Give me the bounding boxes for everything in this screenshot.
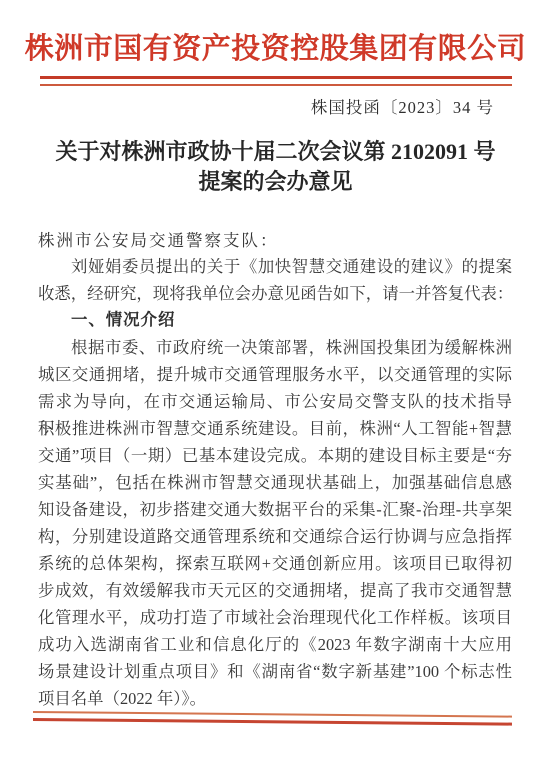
body-line: 化管理水平，成功打造了市域社会治理现代化工作样板。该项目 <box>38 604 512 631</box>
document-title: 关于对株洲市政协十届二次会议第 2102091 号 提案的会办意见 <box>0 137 551 196</box>
footer-rule-thick <box>33 718 512 725</box>
body-line: 收悉，经研究，现将我单位会办意见函告如下，请一并答复代表： <box>38 280 512 307</box>
body-line: 构，分别建设道路交通管理系统和交通综合运行协调与应急指挥 <box>38 523 512 550</box>
body-line: 实基础”，包括在株洲市智慧交通现状基础上，加强基础信息感 <box>38 469 512 496</box>
section-heading: 一、情况介绍 <box>38 307 512 334</box>
body-line: 成功入选湖南省工业和信息化厅的《2023 年数字湖南十大应用 <box>38 631 512 658</box>
body-line: 需求为导向，在市交通运输局、市公安局交警支队的技术指导下， <box>38 388 512 415</box>
document-page: 株洲市国有资产投资控股集团有限公司 株国投函〔2023〕34 号 关于对株洲市政… <box>0 0 551 782</box>
body-line: 交通”项目（一期）已基本建设完成。本期的建设目标主要是“夯 <box>38 442 512 469</box>
document-body: 刘娅娟委员提出的关于《加快智慧交通建设的建议》的提案收悉，经研究，现将我单位会办… <box>38 253 512 712</box>
document-title-line-2: 提案的会办意见 <box>198 169 352 194</box>
body-line: 场景建设计划重点项目》和《湖南省“数字新基建”100 个标志性 <box>38 658 512 685</box>
body-line: 知设备建设，初步搭建交通大数据平台的采集-汇聚-治理-共享架 <box>38 496 512 523</box>
body-line: 项目名单（2022 年）》。 <box>38 685 512 712</box>
header-rule-thick <box>40 76 512 79</box>
body-line: 城区交通拥堵，提升城市交通管理服务水平，以交通管理的实际 <box>38 361 512 388</box>
body-line: 系统的总体架构，探索互联网+交通创新应用。该项目已取得初 <box>38 550 512 577</box>
body-line: 积极推进株洲市智慧交通系统建设。目前，株洲“人工智能+智慧 <box>38 415 512 442</box>
body-line: 根据市委、市政府统一决策部署，株洲国投集团为缓解株洲 <box>38 334 512 361</box>
org-name: 株洲市国有资产投资控股集团有限公司 <box>0 26 551 67</box>
salutation: 株洲市公安局交通警察支队： <box>38 227 279 251</box>
document-title-line-1: 关于对株洲市政协十届二次会议第 2102091 号 <box>55 139 495 164</box>
header-rule-thin <box>40 84 512 86</box>
body-line: 刘娅娟委员提出的关于《加快智慧交通建设的建议》的提案 <box>38 253 512 280</box>
body-line: 步成效，有效缓解我市天元区的交通拥堵，提高了我市交通智慧 <box>38 577 512 604</box>
doc-number: 株国投函〔2023〕34 号 <box>311 94 494 118</box>
